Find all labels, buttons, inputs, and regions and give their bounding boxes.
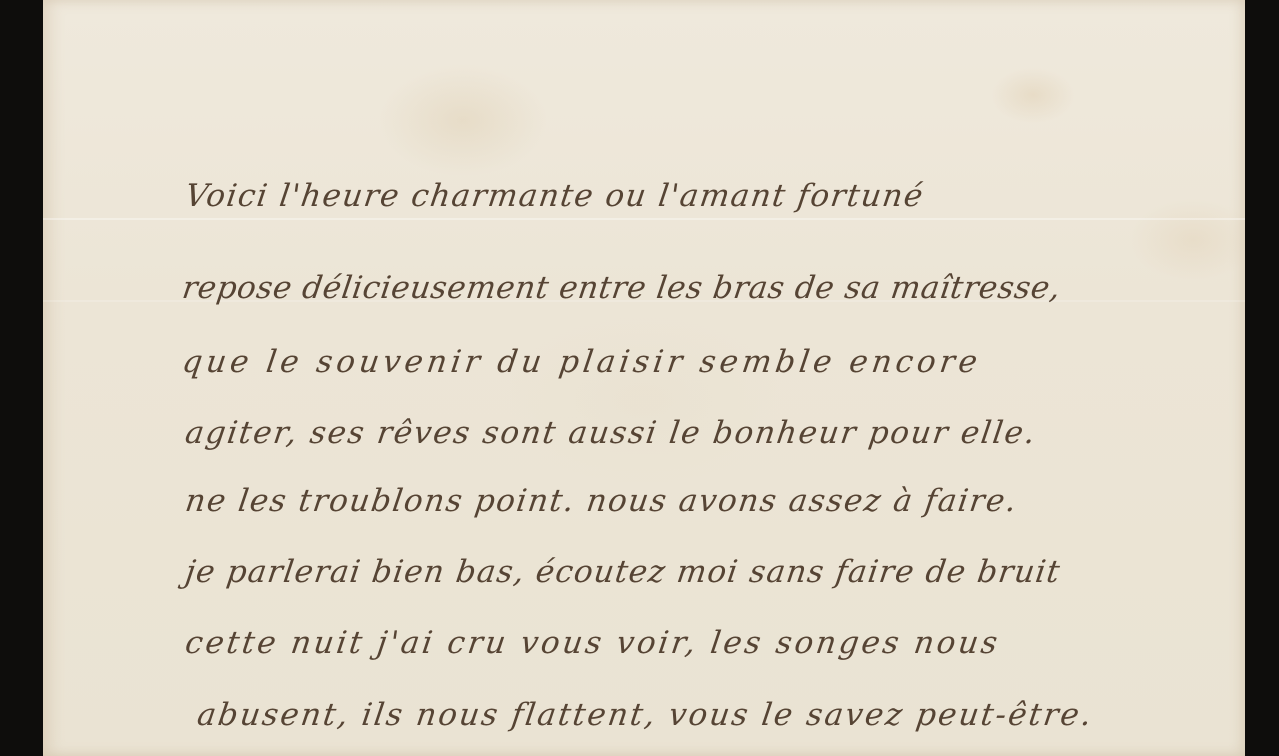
paper-fold-crease [43, 218, 1245, 220]
handwritten-line-7: cette nuit j'ai cru vous voir, les songe… [183, 625, 1002, 661]
handwritten-line-6: je parlerai bien bas, écoutez moi sans f… [183, 554, 1063, 590]
handwritten-line-8: abusent, ils nous flattent, vous le save… [195, 697, 1096, 733]
scan-frame: Voici l'heure charmante ou l'amant fortu… [0, 0, 1279, 756]
handwritten-line-2: repose délicieusement entre les bras de … [180, 270, 1063, 306]
handwritten-line-5: ne les troublons point. nous avons assez… [183, 483, 1020, 519]
handwritten-line-3: que le souvenir du plaisir semble encore [180, 344, 984, 380]
letter-page: Voici l'heure charmante ou l'amant fortu… [43, 0, 1245, 756]
handwritten-line-4: agiter, ses rêves sont aussi le bonheur … [183, 415, 1039, 451]
handwritten-line-1: Voici l'heure charmante ou l'amant fortu… [183, 178, 926, 214]
